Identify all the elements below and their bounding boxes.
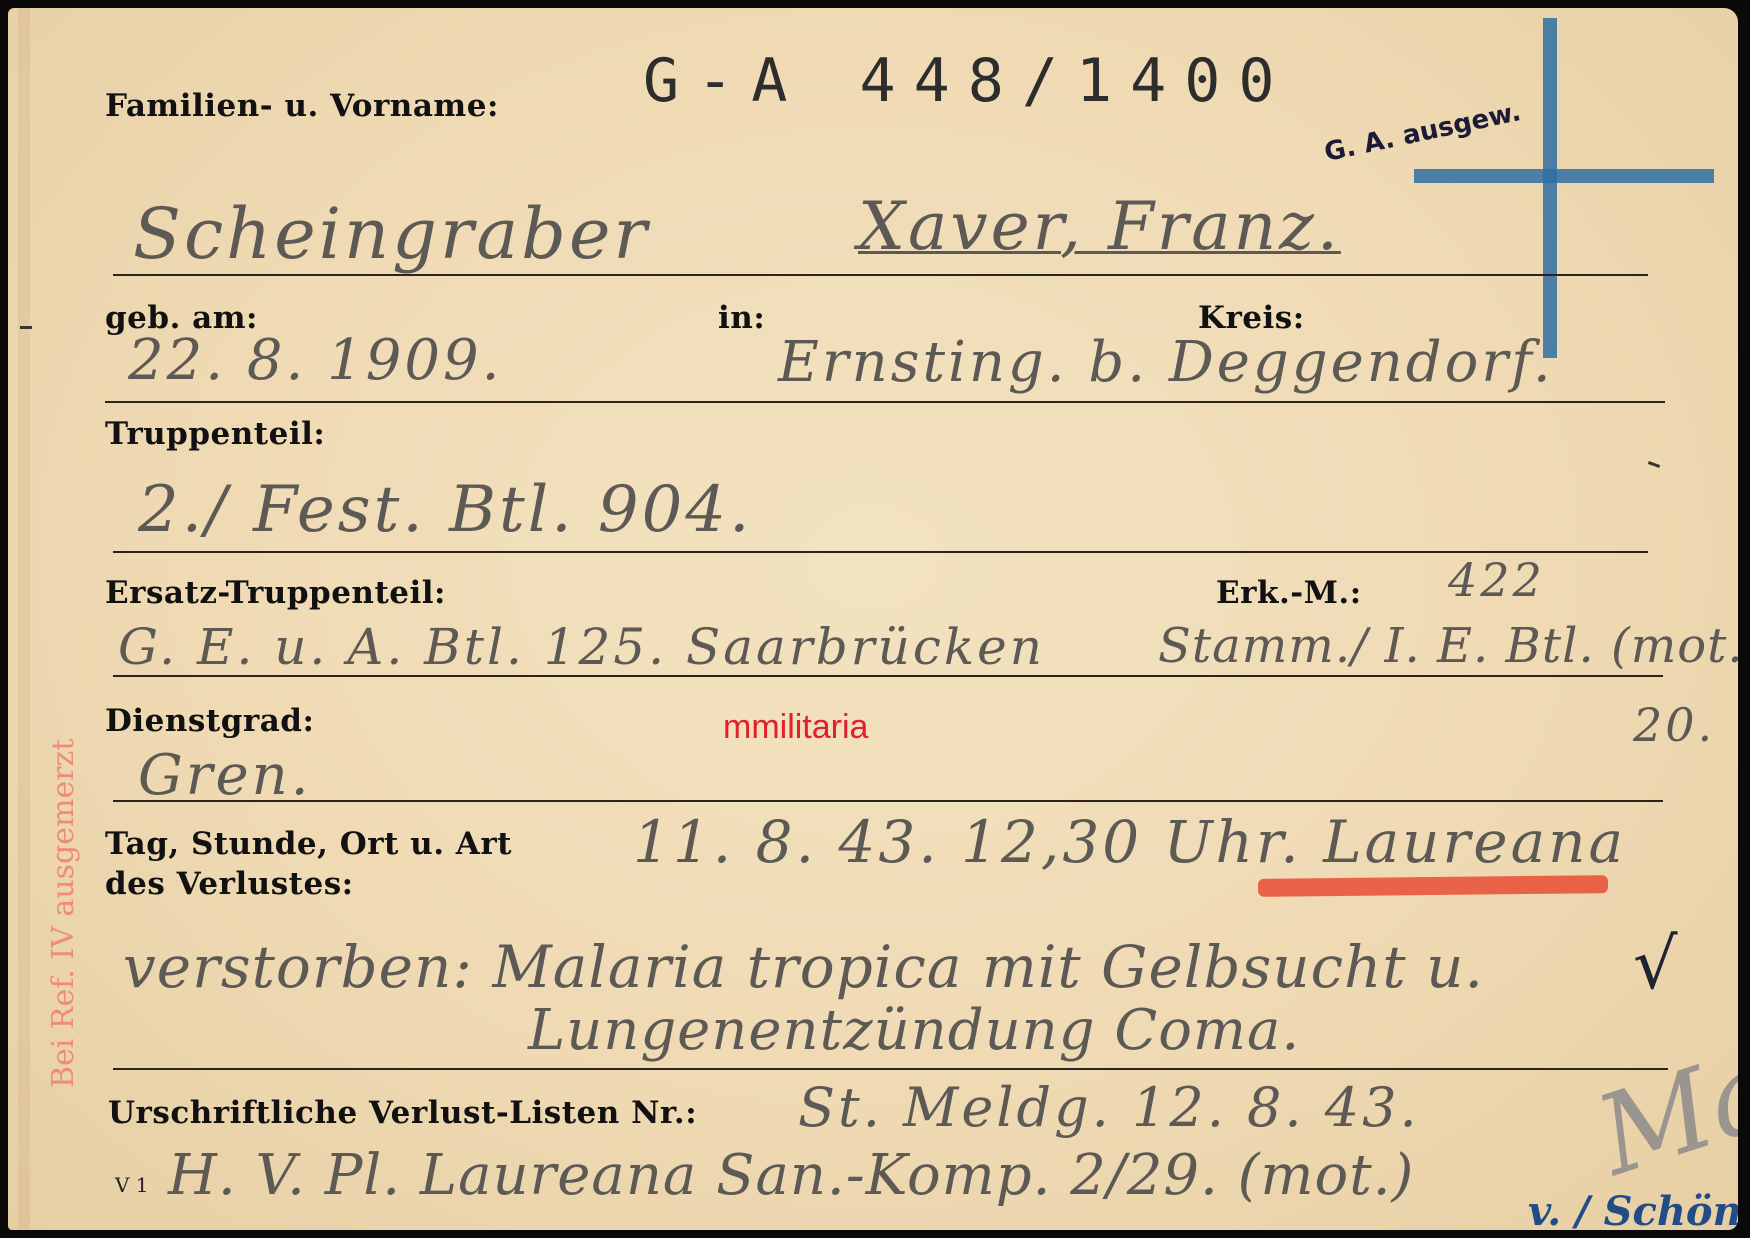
label-replacement-unit: Ersatz-Truppenteil: [105, 575, 446, 611]
value-recognition-mark: Stamm./ I. E. Btl. (mot.) [1158, 618, 1738, 674]
pencil-initials: Ma [1583, 1024, 1738, 1201]
form-code: V 1 [115, 1173, 149, 1197]
label-recognition-mark: Erk.-M.: [1216, 575, 1362, 611]
label-unit: Truppenteil: [105, 416, 325, 452]
rule [105, 401, 1665, 403]
rule [113, 274, 1648, 276]
value-replacement-unit: G. E. u. A. Btl. 125. Saarbrücken [118, 618, 1045, 676]
label-name: Familien- u. Vorname: [105, 88, 499, 124]
label-loss-list: Urschriftliche Verlust-Listen Nr.: [108, 1095, 697, 1131]
value-loss-cause-line1: verstorben: Malaria tropica mit Gelbsuch… [123, 933, 1484, 1001]
edge-mark [20, 326, 32, 329]
label-rank: Dienstgrad: [105, 703, 314, 739]
label-loss-line1: Tag, Stunde, Ort u. Art [105, 826, 512, 862]
rule [113, 800, 1663, 802]
blue-cross-horizontal [1414, 169, 1714, 183]
value-loss-list-line1: St. Meldg. 12. 8. 43. [798, 1076, 1420, 1139]
side-stamp: Bei Ref. IV ausgemerzt [46, 739, 81, 1088]
value-recognition-number: 422 [1448, 553, 1545, 607]
watermark: mmilitaria [723, 708, 868, 747]
label-loss-line2: des Verlustes: [105, 866, 354, 902]
rule [113, 551, 1648, 553]
checkmark: √ [1633, 923, 1678, 1005]
label-birth-place: in: [718, 300, 765, 336]
value-birth-date: 22. 8. 1909. [128, 328, 502, 393]
blue-note: v. / Schön [1528, 1188, 1738, 1230]
file-number: G-A 448/1400 [643, 46, 1292, 116]
value-unit: 2./ Fest. Btl. 904. [138, 473, 752, 547]
value-rank: Gren. [138, 743, 312, 808]
index-card: G-A 448/1400 G. A. ausgew. Familien- u. … [8, 8, 1738, 1230]
value-loss-cause-line2: Lungenentzündung Coma. [528, 998, 1300, 1063]
value-given-names: Xaver, Franz. [858, 188, 1341, 265]
value-surname: Scheingraber [133, 193, 650, 275]
ga-stamp: G. A. ausgew. [1322, 97, 1524, 168]
value-birth-place: Ernsting. b. Deggendorf. [778, 330, 1554, 395]
value-recognition-extra: 20. [1633, 698, 1715, 752]
rule [113, 675, 1663, 677]
red-underline [1258, 875, 1608, 897]
value-loss-list-line2: H. V. Pl. Laureana San.-Komp. 2/29. (mot… [168, 1143, 1414, 1208]
rule [113, 1068, 1668, 1070]
blue-cross-vertical [1543, 18, 1557, 358]
value-loss-date-place: 11. 8. 43. 12,30 Uhr. Laureana [633, 808, 1626, 876]
ink-mark [1648, 461, 1660, 468]
